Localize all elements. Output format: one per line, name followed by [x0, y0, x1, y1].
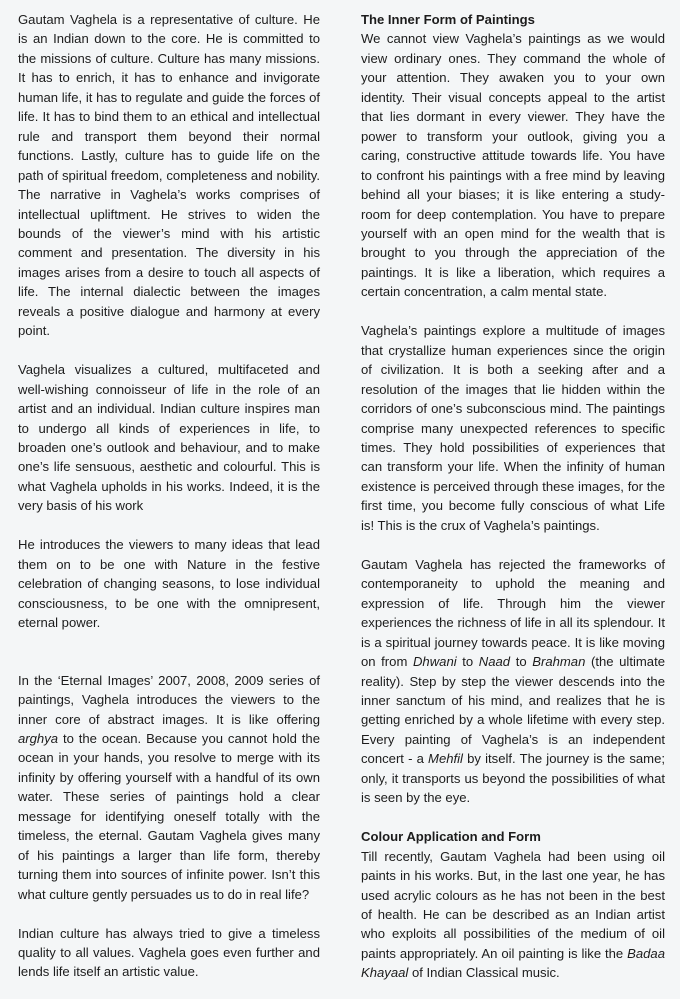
text-segment: Indian culture has always tried to give …: [18, 926, 320, 980]
text-segment: (the ultimate reality). Step by step the…: [361, 654, 665, 766]
text-segment: Vaghela visualizes a cultured, multiface…: [18, 362, 320, 513]
text-segment: Till recently, Gautam Vaghela had been u…: [361, 849, 665, 961]
paragraph-connoisseur: Vaghela visualizes a cultured, multiface…: [18, 360, 320, 516]
paragraph-frameworks: Gautam Vaghela has rejected the framewor…: [361, 555, 665, 808]
text-segment: of Indian Classical music.: [408, 965, 559, 980]
paragraph-culture-representative: Gautam Vaghela is a representative of cu…: [18, 10, 320, 341]
paragraph-view-paintings: We cannot view Vaghela’s paintings as we…: [361, 29, 665, 301]
paragraph-multitude-images: Vaghela’s paintings explore a multitude …: [361, 321, 665, 535]
left-column: Gautam Vaghela is a representative of cu…: [18, 10, 320, 982]
text-segment: In the ‘Eternal Images’ 2007, 2008, 2009…: [18, 673, 320, 727]
text-segment: Vaghela’s paintings explore a multitude …: [361, 323, 665, 533]
italic-term: Dhwani: [413, 654, 457, 669]
paragraph-nature-ideas: He introduces the viewers to many ideas …: [18, 535, 320, 632]
document-page: Gautam Vaghela is a representative of cu…: [0, 0, 680, 999]
section-heading-colour-application: Colour Application and Form: [361, 827, 665, 846]
right-column: The Inner Form of Paintings We cannot vi…: [361, 10, 665, 983]
paragraph-timeless-quality: Indian culture has always tried to give …: [18, 924, 320, 982]
section-heading-inner-form: The Inner Form of Paintings: [361, 10, 665, 29]
text-segment: to: [457, 654, 479, 669]
italic-term: arghya: [18, 731, 58, 746]
paragraph-oil-paints: Till recently, Gautam Vaghela had been u…: [361, 847, 665, 983]
paragraph-eternal-images: In the ‘Eternal Images’ 2007, 2008, 2009…: [18, 671, 320, 904]
italic-term: Naad: [479, 654, 510, 669]
text-segment: He introduces the viewers to many ideas …: [18, 537, 320, 630]
text-segment: Gautam Vaghela has rejected the framewor…: [361, 557, 665, 669]
italic-term: Mehfil: [428, 751, 463, 766]
text-segment: We cannot view Vaghela’s paintings as we…: [361, 31, 665, 299]
italic-term: Brahman: [532, 654, 585, 669]
text-segment: to the ocean. Because you cannot hold th…: [18, 731, 320, 902]
text-segment: to: [510, 654, 532, 669]
text-segment: Gautam Vaghela is a representative of cu…: [18, 12, 320, 338]
